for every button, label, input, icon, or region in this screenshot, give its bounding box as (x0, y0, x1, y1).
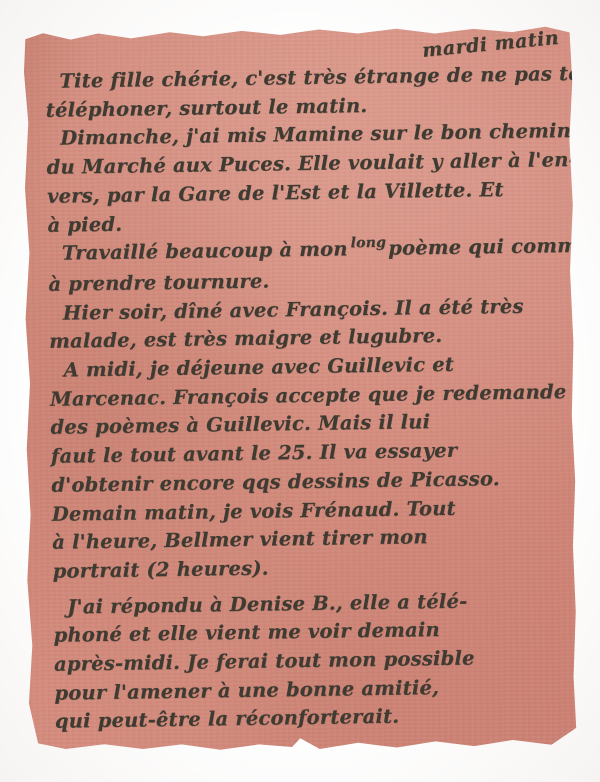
dateline: mardi matin (421, 27, 560, 62)
line-text: poème qui commence (388, 233, 600, 260)
letter-lines: Tite fille chérie, c'est très étrange de… (45, 60, 573, 737)
letter-paper: mardi matin Tite fille chérie, c'est trè… (21, 24, 579, 755)
letter-scan: mardi matin Tite fille chérie, c'est trè… (0, 0, 600, 782)
line-text: Travaillé beaucoup à mon (62, 238, 348, 265)
inserted-word-above-line: long (350, 229, 386, 258)
